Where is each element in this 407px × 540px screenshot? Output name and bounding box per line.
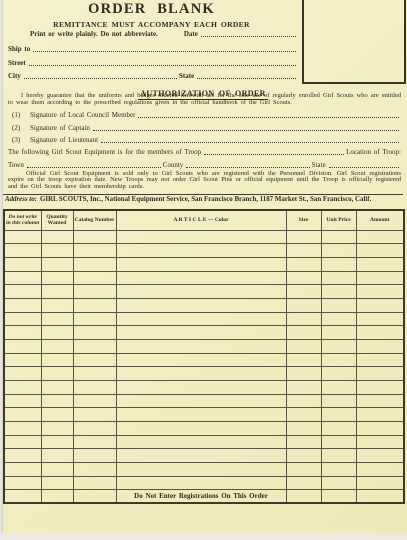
table-row [4,476,404,490]
table-row [4,230,404,244]
table-cell [321,394,356,408]
table-cell [73,339,116,353]
table-cell [321,367,356,381]
ship-to-label: Ship to [8,45,30,53]
table-cell [116,298,286,312]
state-of-troop-label: State [312,161,326,169]
table-cell [356,367,404,381]
table-cell [286,476,321,490]
table-cell [73,462,116,476]
table-row [4,394,404,408]
column-header-amount: Amount [356,210,404,230]
table-cell [116,326,286,340]
table-cell [73,408,116,422]
signature-line-council: (1) Signature of Local Council Member [12,111,401,119]
table-cell [356,271,404,285]
table-cell [4,367,41,381]
address-prefix: Address to: [5,196,37,203]
table-cell [41,394,73,408]
state-label: State [179,72,194,80]
table-cell [286,435,321,449]
form-subtitle: REMITTANCE MUST ACCOMPANY EACH ORDER [3,20,300,29]
table-cell [41,408,73,422]
table-cell [73,326,116,340]
table-cell [116,394,286,408]
table-cell [286,421,321,435]
table-row [4,298,404,312]
table-cell [286,490,321,504]
table-cell [4,339,41,353]
table-cell [116,408,286,422]
table-cell [73,476,116,490]
table-cell [116,244,286,258]
table-cell [41,326,73,340]
town-label: Town [8,161,24,169]
ship-to-blank [33,46,296,52]
table-cell [73,449,116,463]
table-cell [73,298,116,312]
table-cell [321,353,356,367]
street-row: Street [8,59,298,67]
table-cell [321,244,356,258]
signature-number: (3) [12,136,30,144]
table-cell [321,271,356,285]
table-cell [356,298,404,312]
table-cell [116,435,286,449]
table-cell [73,257,116,271]
table-cell [286,367,321,381]
table-footer-row: Do Not Enter Registrations On This Order [4,490,404,504]
table-cell [321,326,356,340]
table-cell [73,394,116,408]
table-cell [73,312,116,326]
table-cell [73,353,116,367]
table-cell [356,462,404,476]
masthead: ORDER BLANK REMITTANCE MUST ACCOMPANY EA… [3,2,300,29]
table-cell [41,367,73,381]
divider-rule [3,194,403,195]
table-cell [41,339,73,353]
table-row [4,257,404,271]
table-cell [286,298,321,312]
table-cell [4,449,41,463]
troop-state-blank [329,162,399,168]
table-cell [4,298,41,312]
table-cell [116,476,286,490]
table-cell [286,326,321,340]
table-cell [116,257,286,271]
table-row [4,353,404,367]
table-cell [116,421,286,435]
table-cell [356,435,404,449]
table-cell [41,421,73,435]
table-cell [321,380,356,394]
signature-label: Signature of Captain [30,124,90,132]
column-header-quantity: Quantity Wanted [41,210,73,230]
form-title: ORDER BLANK [3,2,300,17]
table-cell [286,244,321,258]
table-cell [116,367,286,381]
table-cell [73,271,116,285]
footer-note: Do Not Enter Registrations On This Order [116,490,286,504]
table-cell [286,285,321,299]
column-header-unit-price: Unit Price [321,210,356,230]
guarantee-paragraph: I hereby guarantee that the uniforms and… [8,93,401,107]
address-line: Address to:GIRL SCOUTS, Inc., National E… [5,196,403,204]
table-cell [286,353,321,367]
table-cell [356,449,404,463]
table-cell [321,490,356,504]
table-cell [4,353,41,367]
signature-blank [101,137,399,143]
table-cell [286,271,321,285]
troop-row: The following Girl Scout Equipment is fo… [8,148,401,156]
table-row [4,408,404,422]
table-cell [286,257,321,271]
table-cell [356,421,404,435]
table-cell [286,394,321,408]
county-label: County [163,161,184,169]
table-cell [286,462,321,476]
table-cell [41,449,73,463]
table-cell [4,462,41,476]
troop-number-blank [204,149,344,155]
town-blank [27,162,161,168]
table-cell [73,421,116,435]
table-cell [4,408,41,422]
table-cell [41,380,73,394]
table-cell [321,230,356,244]
table-cell [4,326,41,340]
table-cell [73,435,116,449]
table-cell [41,462,73,476]
location-of-troop-label: Location of Troop: [346,148,401,156]
column-header-do-not-write: Do not write in this column [4,210,41,230]
table-cell [321,298,356,312]
table-cell [116,271,286,285]
signature-blank [93,125,399,131]
state-blank [197,73,296,79]
table-cell [41,435,73,449]
column-header-size: Size [286,210,321,230]
table-cell [4,380,41,394]
table-cell [4,312,41,326]
table-cell [286,312,321,326]
table-row [4,367,404,381]
table-cell [4,490,41,504]
ship-to-row: Ship to [8,45,298,53]
table-cell [356,230,404,244]
table-cell [321,257,356,271]
date-label: Date [184,30,198,38]
table-cell [321,435,356,449]
table-cell [321,408,356,422]
table-cell [4,271,41,285]
table-row [4,421,404,435]
table-cell [116,380,286,394]
table-cell [356,476,404,490]
table-cell [321,312,356,326]
table-row [4,449,404,463]
city-blank [24,73,177,79]
table-cell [116,230,286,244]
table-cell [116,353,286,367]
column-header-catalog: Catalog Number [73,210,116,230]
table-cell [4,421,41,435]
table-cell [41,244,73,258]
table-cell [41,490,73,504]
table-cell [73,244,116,258]
order-table-body [4,230,404,490]
table-cell [286,380,321,394]
table-cell [356,380,404,394]
table-cell [356,312,404,326]
table-cell [356,285,404,299]
table-cell [73,490,116,504]
table-cell [321,339,356,353]
table-cell [116,449,286,463]
table-cell [321,449,356,463]
table-cell [4,285,41,299]
street-label: Street [8,59,26,67]
order-table: Do not write in this column Quantity Wan… [3,209,405,504]
table-row [4,244,404,258]
troop-sentence: The following Girl Scout Equipment is fo… [8,148,201,156]
table-cell [41,298,73,312]
table-cell [4,394,41,408]
signature-blank [138,112,399,118]
table-cell [286,339,321,353]
city-label: City [8,72,21,80]
signature-number: (1) [12,111,30,119]
office-stamp-box [302,0,406,84]
table-cell [73,230,116,244]
table-cell [73,380,116,394]
table-cell [41,230,73,244]
scanned-order-form: { "form": { "title": "ORDER BLANK", "sub… [0,0,407,540]
table-cell [356,408,404,422]
signature-label: Signature of Local Council Member [30,111,135,119]
table-cell [321,421,356,435]
instruction-note: Print or write plainly. Do not abbreviat… [30,30,158,38]
table-row [4,435,404,449]
table-cell [356,326,404,340]
table-cell [356,339,404,353]
table-cell [321,476,356,490]
paper-page: ORDER BLANK REMITTANCE MUST ACCOMPANY EA… [3,0,407,533]
table-cell [41,353,73,367]
county-blank [186,162,309,168]
scan-edge [0,533,407,540]
table-cell [356,244,404,258]
table-cell [41,476,73,490]
table-cell [286,449,321,463]
date-blank [201,31,296,37]
table-cell [356,394,404,408]
table-cell [73,285,116,299]
table-cell [4,230,41,244]
signature-line-lieutenant: (3) Signature of Lieutenant [12,136,401,144]
signature-number: (2) [12,124,30,132]
table-row [4,271,404,285]
table-cell [4,257,41,271]
table-row [4,462,404,476]
table-cell [116,285,286,299]
table-row [4,380,404,394]
table-cell [41,257,73,271]
table-row [4,312,404,326]
address-value: GIRL SCOUTS, Inc., National Equipment Se… [40,196,371,203]
column-header-article-color: A R T I C L E — Color [116,210,286,230]
table-cell [41,271,73,285]
registration-notice: Official Girl Scout Equipment is sold on… [8,171,401,192]
table-cell [116,312,286,326]
table-cell [41,285,73,299]
town-county-state-row: Town County State [8,161,401,169]
table-cell [73,367,116,381]
table-cell [286,408,321,422]
instruction-date-row: Print or write plainly. Do not abbreviat… [30,30,298,38]
table-cell [356,353,404,367]
table-cell [41,312,73,326]
table-cell [116,462,286,476]
table-row [4,285,404,299]
signature-line-captain: (2) Signature of Captain [12,124,401,132]
table-cell [356,490,404,504]
table-row [4,326,404,340]
table-cell [321,462,356,476]
table-cell [356,257,404,271]
city-state-row: City State [8,72,298,80]
street-blank [29,60,296,66]
table-cell [116,339,286,353]
table-cell [4,476,41,490]
signature-label: Signature of Lieutenant [30,136,98,144]
table-header-row: Do not write in this column Quantity Wan… [4,210,404,230]
table-cell [286,230,321,244]
table-cell [321,285,356,299]
table-cell [4,244,41,258]
table-cell [4,435,41,449]
table-row [4,339,404,353]
